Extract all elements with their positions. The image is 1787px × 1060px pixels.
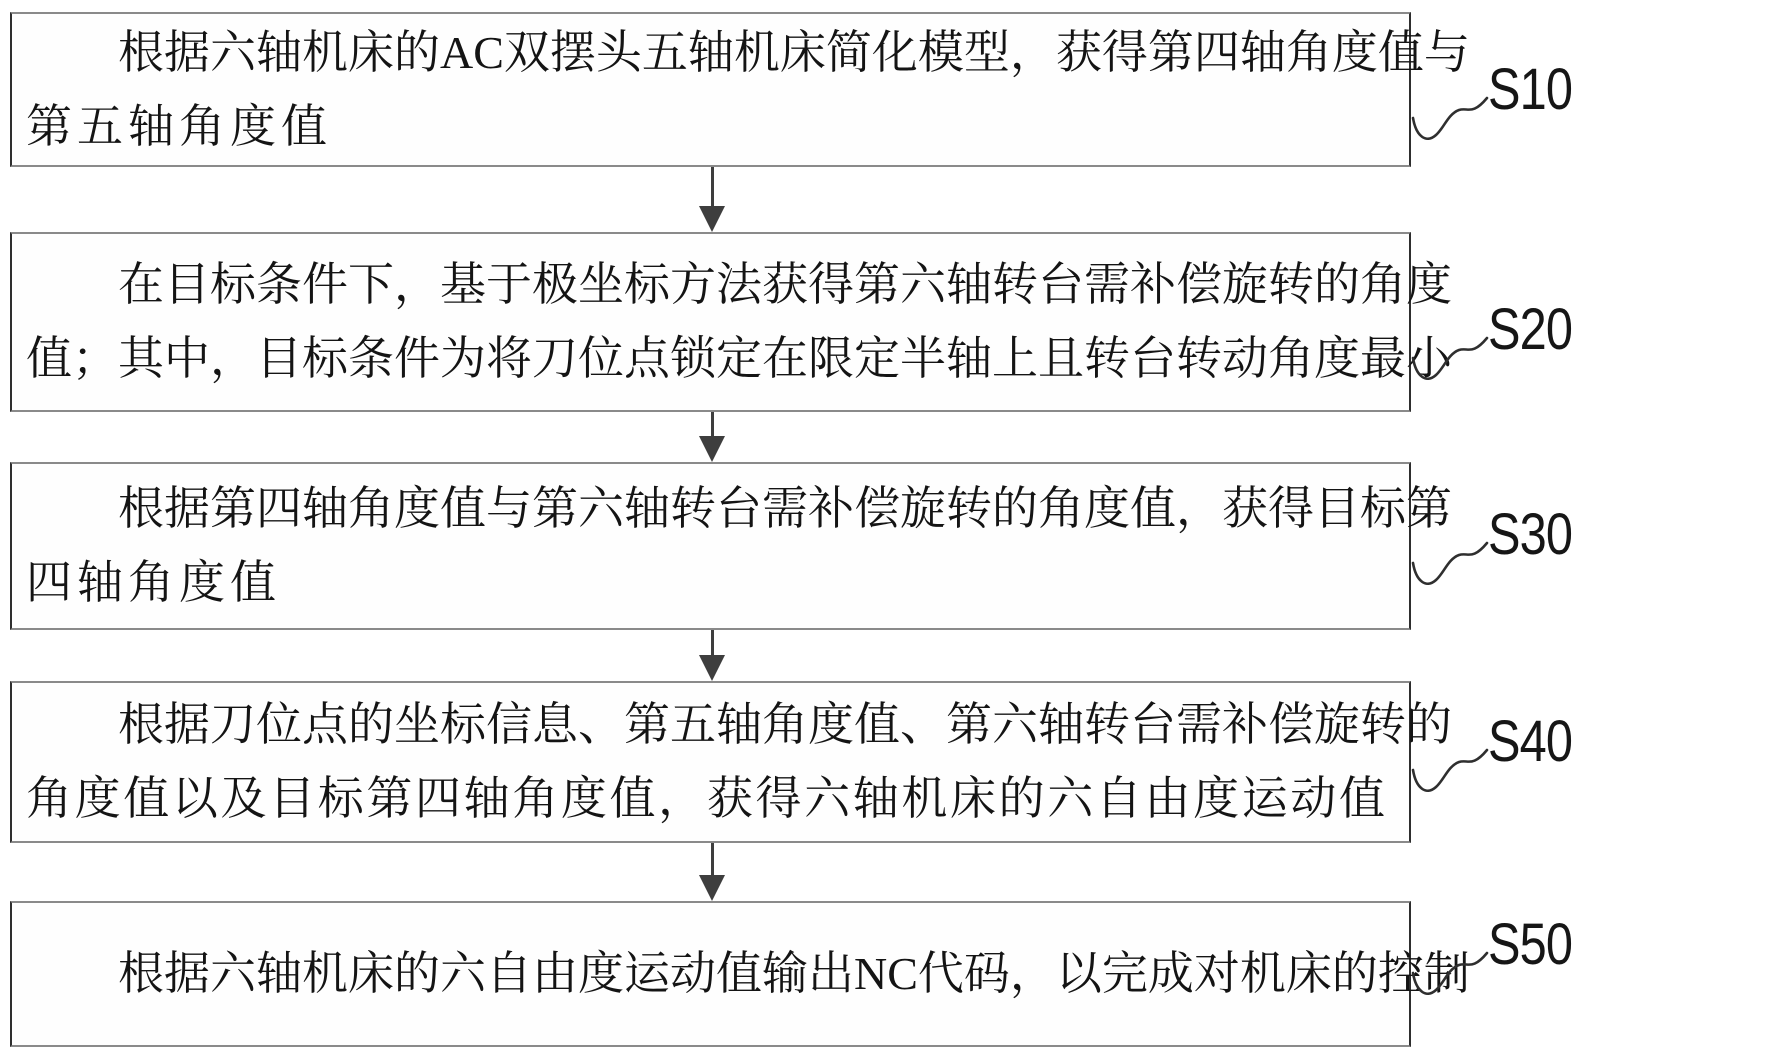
- step-text-line: 第五轴角度值: [26, 95, 1385, 159]
- flow-step-box-s50: 根据六轴机床的六自由度运动值输出NC代码，以完成对机床的控制: [10, 901, 1411, 1047]
- flow-step-box-s30: 根据第四轴角度值与第六轴转台需补偿旋转的角度值，获得目标第 四轴角度值: [10, 462, 1411, 630]
- flow-step-box-s10: 根据六轴机床的AC双摆头五轴机床简化模型，获得第四轴角度值与 第五轴角度值: [10, 12, 1411, 167]
- step-label-s10: S10: [1488, 57, 1572, 123]
- step-text-line: 根据六轴机床的AC双摆头五轴机床简化模型，获得第四轴角度值与: [26, 21, 1385, 85]
- arrow-head: [699, 655, 725, 681]
- connector-squiggle-s10: [1411, 92, 1489, 144]
- arrow-shaft: [711, 412, 714, 438]
- step-text-line: 在目标条件下，基于极坐标方法获得第六轴转台需补偿旋转的角度: [26, 253, 1385, 317]
- step-label-s50: S50: [1488, 912, 1572, 978]
- down-arrow-icon: [698, 843, 726, 901]
- down-arrow-icon: [698, 412, 726, 462]
- step-text-line: 四轴角度值: [26, 551, 1385, 615]
- step-label-s20: S20: [1488, 297, 1572, 363]
- step-text-line: 根据第四轴角度值与第六轴转台需补偿旋转的角度值，获得目标第: [26, 477, 1385, 541]
- flow-step-box-s40: 根据刀位点的坐标信息、第五轴角度值、第六轴转台需补偿旋转的 角度值以及目标第四轴…: [10, 681, 1411, 843]
- step-text-line: 根据刀位点的坐标信息、第五轴角度值、第六轴转台需补偿旋转的: [26, 693, 1385, 757]
- arrow-head: [699, 436, 725, 462]
- down-arrow-icon: [698, 167, 726, 232]
- step-text-line: 值；其中，目标条件为将刀位点锁定在限定半轴上且转台转动角度最小: [26, 327, 1385, 391]
- connector-squiggle-s50: [1411, 947, 1489, 999]
- step-text-line: 角度值以及目标第四轴角度值，获得六轴机床的六自由度运动值: [26, 767, 1385, 831]
- patent-flowchart: 根据六轴机床的AC双摆头五轴机床简化模型，获得第四轴角度值与 第五轴角度值 在目…: [0, 0, 1787, 1060]
- down-arrow-icon: [698, 630, 726, 681]
- step-label-s40: S40: [1488, 709, 1572, 775]
- step-label-s30: S30: [1488, 502, 1572, 568]
- connector-squiggle-s40: [1411, 744, 1489, 796]
- arrow-shaft: [711, 630, 714, 657]
- step-text-line: 根据六轴机床的六自由度运动值输出NC代码，以完成对机床的控制: [26, 942, 1385, 1006]
- arrow-shaft: [711, 167, 714, 208]
- arrow-head: [699, 206, 725, 232]
- connector-squiggle-s30: [1411, 537, 1489, 589]
- arrow-shaft: [711, 843, 714, 877]
- flow-step-box-s20: 在目标条件下，基于极坐标方法获得第六轴转台需补偿旋转的角度 值；其中，目标条件为…: [10, 232, 1411, 412]
- connector-squiggle-s20: [1411, 332, 1489, 384]
- arrow-head: [699, 875, 725, 901]
